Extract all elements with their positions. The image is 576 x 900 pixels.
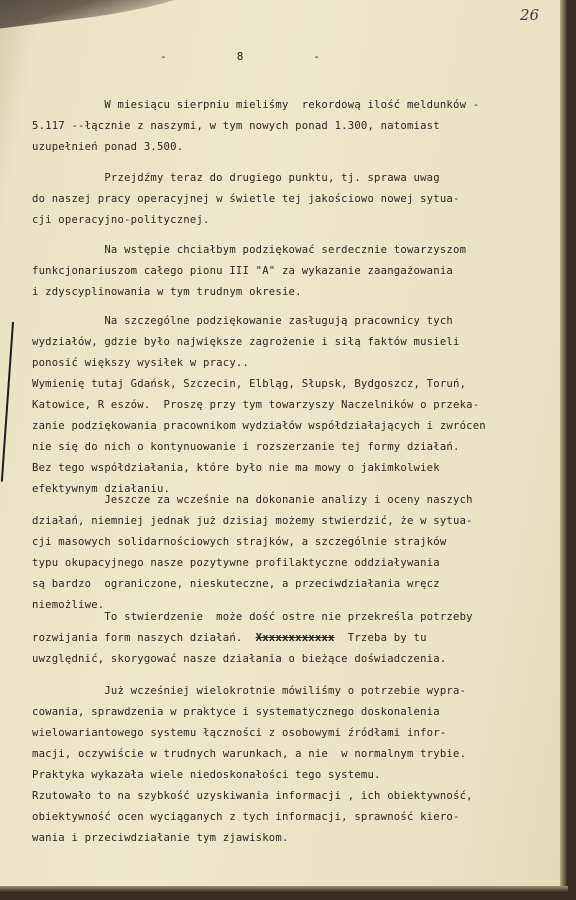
paragraph-4: Na szczególne podziękowanie zasługują pr… xyxy=(32,311,486,500)
text-line: Na szczególne podziękowanie zasługują pr… xyxy=(32,311,486,332)
text-line: nie się do nich o kontynuowanie i rozsze… xyxy=(32,437,486,458)
text-line: Wymienię tutaj Gdańsk, Szczecin, Elbląg,… xyxy=(32,374,486,395)
page-edge-bottom xyxy=(0,886,568,893)
paragraph-3: Na wstępie chciałbym podziękować serdecz… xyxy=(32,240,466,303)
text-line: Katowice, R eszów. Proszę przy tym towar… xyxy=(32,395,486,416)
text-line: Na wstępie chciałbym podziękować serdecz… xyxy=(32,240,466,261)
text-line: Praktyka wykazała wiele niedoskonałości … xyxy=(32,765,473,786)
text-line: Jeszcze za wcześnie na dokonanie analizy… xyxy=(32,490,473,511)
page-number: - 8 - xyxy=(160,50,320,63)
paragraph-5: Jeszcze za wcześnie na dokonanie analizy… xyxy=(32,490,473,616)
text-line: To stwierdzenie może dość ostre nie prze… xyxy=(32,607,473,628)
page-number-dash-left: - xyxy=(160,50,167,63)
text-line: cji operacyjno-politycznej. xyxy=(32,210,460,231)
paragraph-1: W miesiącu sierpniu mieliśmy rekordową i… xyxy=(32,95,479,158)
text-line: W miesiącu sierpniu mieliśmy rekordową i… xyxy=(32,95,479,116)
text-line: 5.117 --łącznie z naszymi, w tym nowych … xyxy=(32,116,479,137)
text-line: cji masowych solidarnościowych strajków,… xyxy=(32,532,473,553)
text-line: działań, niemniej jednak już dzisiaj moż… xyxy=(32,511,473,532)
page-number-value: 8 xyxy=(237,50,244,63)
text-line: zanie podziękowania pracownikom wydziałó… xyxy=(32,416,486,437)
text-line: wydziałów, gdzie było największe zagroże… xyxy=(32,332,486,353)
text-line: Rzutowało to na szybkość uzyskiwania inf… xyxy=(32,786,473,807)
text-line: wielowariantowego systemu łączności z os… xyxy=(32,723,473,744)
text-line: funkcjonariuszom całego pionu III "A" za… xyxy=(32,261,466,282)
page-edge-right xyxy=(560,0,568,893)
text-line: rozwijania form naszych działań. Xxxxxxx… xyxy=(32,628,473,649)
text-line: i zdyscyplinowania w tym trudnym okresie… xyxy=(32,282,466,303)
text-line: uwzględnić, skorygować nasze działania o… xyxy=(32,649,473,670)
page-number-dash-right: - xyxy=(313,50,320,63)
text-line: do naszej pracy operacyjnej w świetle te… xyxy=(32,189,460,210)
text-line: macji, oczywiście w trudnych warunkach, … xyxy=(32,744,473,765)
text-line: Przejdźmy teraz do drugiego punktu, tj. … xyxy=(32,168,460,189)
text-line: są bardzo ograniczone, nieskuteczne, a p… xyxy=(32,574,473,595)
paragraph-6: To stwierdzenie może dość ostre nie prze… xyxy=(32,607,473,670)
folio-number: 26 xyxy=(520,6,539,24)
text-line: cowania, sprawdzenia w praktyce i system… xyxy=(32,702,473,723)
text-line: wania i przeciwdziałanie tym zjawiskom. xyxy=(32,828,473,849)
paragraph-7: Już wcześniej wielokrotnie mówiliśmy o p… xyxy=(32,681,473,849)
margin-annotation-line xyxy=(1,322,14,482)
text-line: obiektywność ocen wyciąganych z tych inf… xyxy=(32,807,473,828)
struck-out-text: Xxxxxxxxxxxx xyxy=(256,632,335,644)
folded-corner xyxy=(0,0,222,30)
paragraph-2: Przejdźmy teraz do drugiego punktu, tj. … xyxy=(32,168,460,231)
document-page: 26 - 8 - W miesiącu sierpniu mieliśmy re… xyxy=(0,0,568,893)
text-line: Bez tego współdziałania, które było nie … xyxy=(32,458,486,479)
text-line: uzupełnień ponad 3.500. xyxy=(32,137,479,158)
text-line: ponosić większy wysiłek w pracy.. xyxy=(32,353,486,374)
text-line: typu okupacyjnego nasze pozytywne profil… xyxy=(32,553,473,574)
text-line: Już wcześniej wielokrotnie mówiliśmy o p… xyxy=(32,681,473,702)
